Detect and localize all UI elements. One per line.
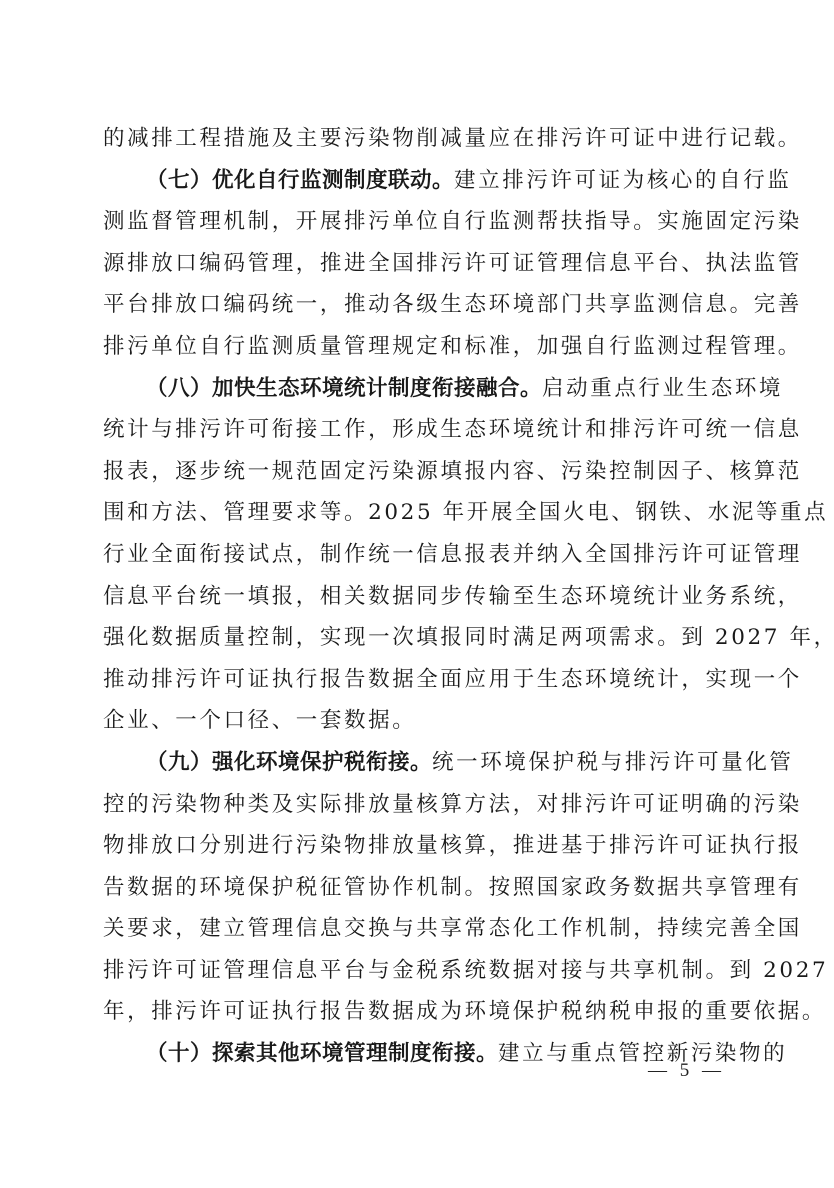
line-text: 统一环境保护税与排污许可量化管 [432,750,794,775]
line-text: 测监督管理机制，开展排污单位自行监测帮扶指导。实施固定污染 [103,209,802,234]
line-text: 启动重点行业生态环境 [542,376,783,401]
paragraph-line: 行业全面衔接试点，制作统一信息报表并纳入全国排污许可证管理 [103,534,731,576]
paragraph-line: 排污许可证管理信息平台与金税系统数据对接与共享机制。到 2027 [103,950,731,992]
line-text: 平台排放口编码统一，推动各级生态环境部门共享监测信息。完善 [103,292,802,317]
section-heading-line: （十）探索其他环境管理制度衔接。建立与重点管控新污染物的 [103,1033,731,1075]
paragraph-line: 围和方法、管理要求等。2025 年开展全国火电、钢铁、水泥等重点 [103,492,731,534]
paragraph-line: 年，排污许可证执行报告数据成为环境保护税纳税申报的重要依据。 [103,991,731,1033]
paragraph-line: 推动排污许可证执行报告数据全面应用于生态环境统计，实现一个 [103,659,731,701]
paragraph-line: 强化数据质量控制，实现一次填报同时满足两项需求。到 2027 年， [103,617,731,659]
section-heading: （十）探索其他环境管理制度衔接。 [146,1041,498,1066]
section-heading-line: （七）优化自行监测制度联动。建立排污许可证为核心的自行监 [103,160,731,202]
line-text: 建立与重点管控新污染物的 [498,1041,787,1066]
section-heading: （八）加快生态环境统计制度衔接融合。 [146,376,542,401]
line-text: 控的污染物种类及实际排放量核算方法，对排污许可证明确的污染 [103,792,802,817]
section-heading-line: （九）强化环境保护税衔接。统一环境保护税与排污许可量化管 [103,742,731,784]
document-body: 的减排工程措施及主要污染物削减量应在排污许可证中进行记载。 （七）优化自行监测制… [103,118,731,1075]
paragraph-line: 企业、一个口径、一套数据。 [103,700,731,742]
line-text: 行业全面衔接试点，制作统一信息报表并纳入全国排污许可证管理 [103,542,802,567]
line-text: 源排放口编码管理，推进全国排污许可证管理信息平台、执法监管 [103,251,802,276]
line-text: 物排放口分别进行污染物排放量核算，推进基于排污许可证执行报 [103,833,802,858]
line-text: 告数据的环境保护税征管协作机制。按照国家政务数据共享管理有 [103,875,802,900]
paragraph-line: 信息平台统一填报，相关数据同步传输至生态环境统计业务系统， [103,576,731,618]
paragraph-line: 控的污染物种类及实际排放量核算方法，对排污许可证明确的污染 [103,784,731,826]
paragraph-line: 关要求，建立管理信息交换与共享常态化工作机制，持续完善全国 [103,908,731,950]
line-text: 推动排污许可证执行报告数据全面应用于生态环境统计，实现一个 [103,667,802,692]
paragraph-line: 物排放口分别进行污染物排放量核算，推进基于排污许可证执行报 [103,825,731,867]
line-text: 建立排污许可证为核心的自行监 [454,168,791,193]
line-text: 企业、一个口径、一套数据。 [103,708,416,733]
paragraph-line: 的减排工程措施及主要污染物削减量应在排污许可证中进行记载。 [103,118,731,160]
line-text: 统计与排污许可衔接工作，形成生态环境统计和排污许可统一信息 [103,417,802,442]
paragraph-line: 统计与排污许可衔接工作，形成生态环境统计和排污许可统一信息 [103,409,731,451]
line-text: 排污许可证管理信息平台与金税系统数据对接与共享机制。到 2027 [103,958,828,983]
paragraph-line: 告数据的环境保护税征管协作机制。按照国家政务数据共享管理有 [103,867,731,909]
paragraph-line: 排污单位自行监测质量管理规定和标准，加强自行监测过程管理。 [103,326,731,368]
section-heading: （七）优化自行监测制度联动。 [146,168,454,193]
section-heading: （九）强化环境保护税衔接。 [146,750,432,775]
section-heading-line: （八）加快生态环境统计制度衔接融合。启动重点行业生态环境 [103,368,731,410]
line-text: 关要求，建立管理信息交换与共享常态化工作机制，持续完善全国 [103,916,802,941]
line-text: 信息平台统一填报，相关数据同步传输至生态环境统计业务系统， [103,584,802,609]
line-text: 的减排工程措施及主要污染物削减量应在排污许可证中进行记载。 [103,126,802,151]
page-number: — 5 — [648,1060,725,1082]
paragraph-line: 平台排放口编码统一，推动各级生态环境部门共享监测信息。完善 [103,284,731,326]
paragraph-line: 报表，逐步统一规范固定污染源填报内容、污染控制因子、核算范 [103,451,731,493]
line-text: 排污单位自行监测质量管理规定和标准，加强自行监测过程管理。 [103,334,802,359]
paragraph-line: 源排放口编码管理，推进全国排污许可证管理信息平台、执法监管 [103,243,731,285]
line-text: 围和方法、管理要求等。2025 年开展全国火电、钢铁、水泥等重点 [103,500,828,525]
line-text: 年，排污许可证执行报告数据成为环境保护税纳税申报的重要依据。 [103,999,826,1024]
paragraph-line: 测监督管理机制，开展排污单位自行监测帮扶指导。实施固定污染 [103,201,731,243]
line-text: 报表，逐步统一规范固定污染源填报内容、污染控制因子、核算范 [103,459,802,484]
line-text: 强化数据质量控制，实现一次填报同时满足两项需求。到 2027 年， [103,625,834,650]
